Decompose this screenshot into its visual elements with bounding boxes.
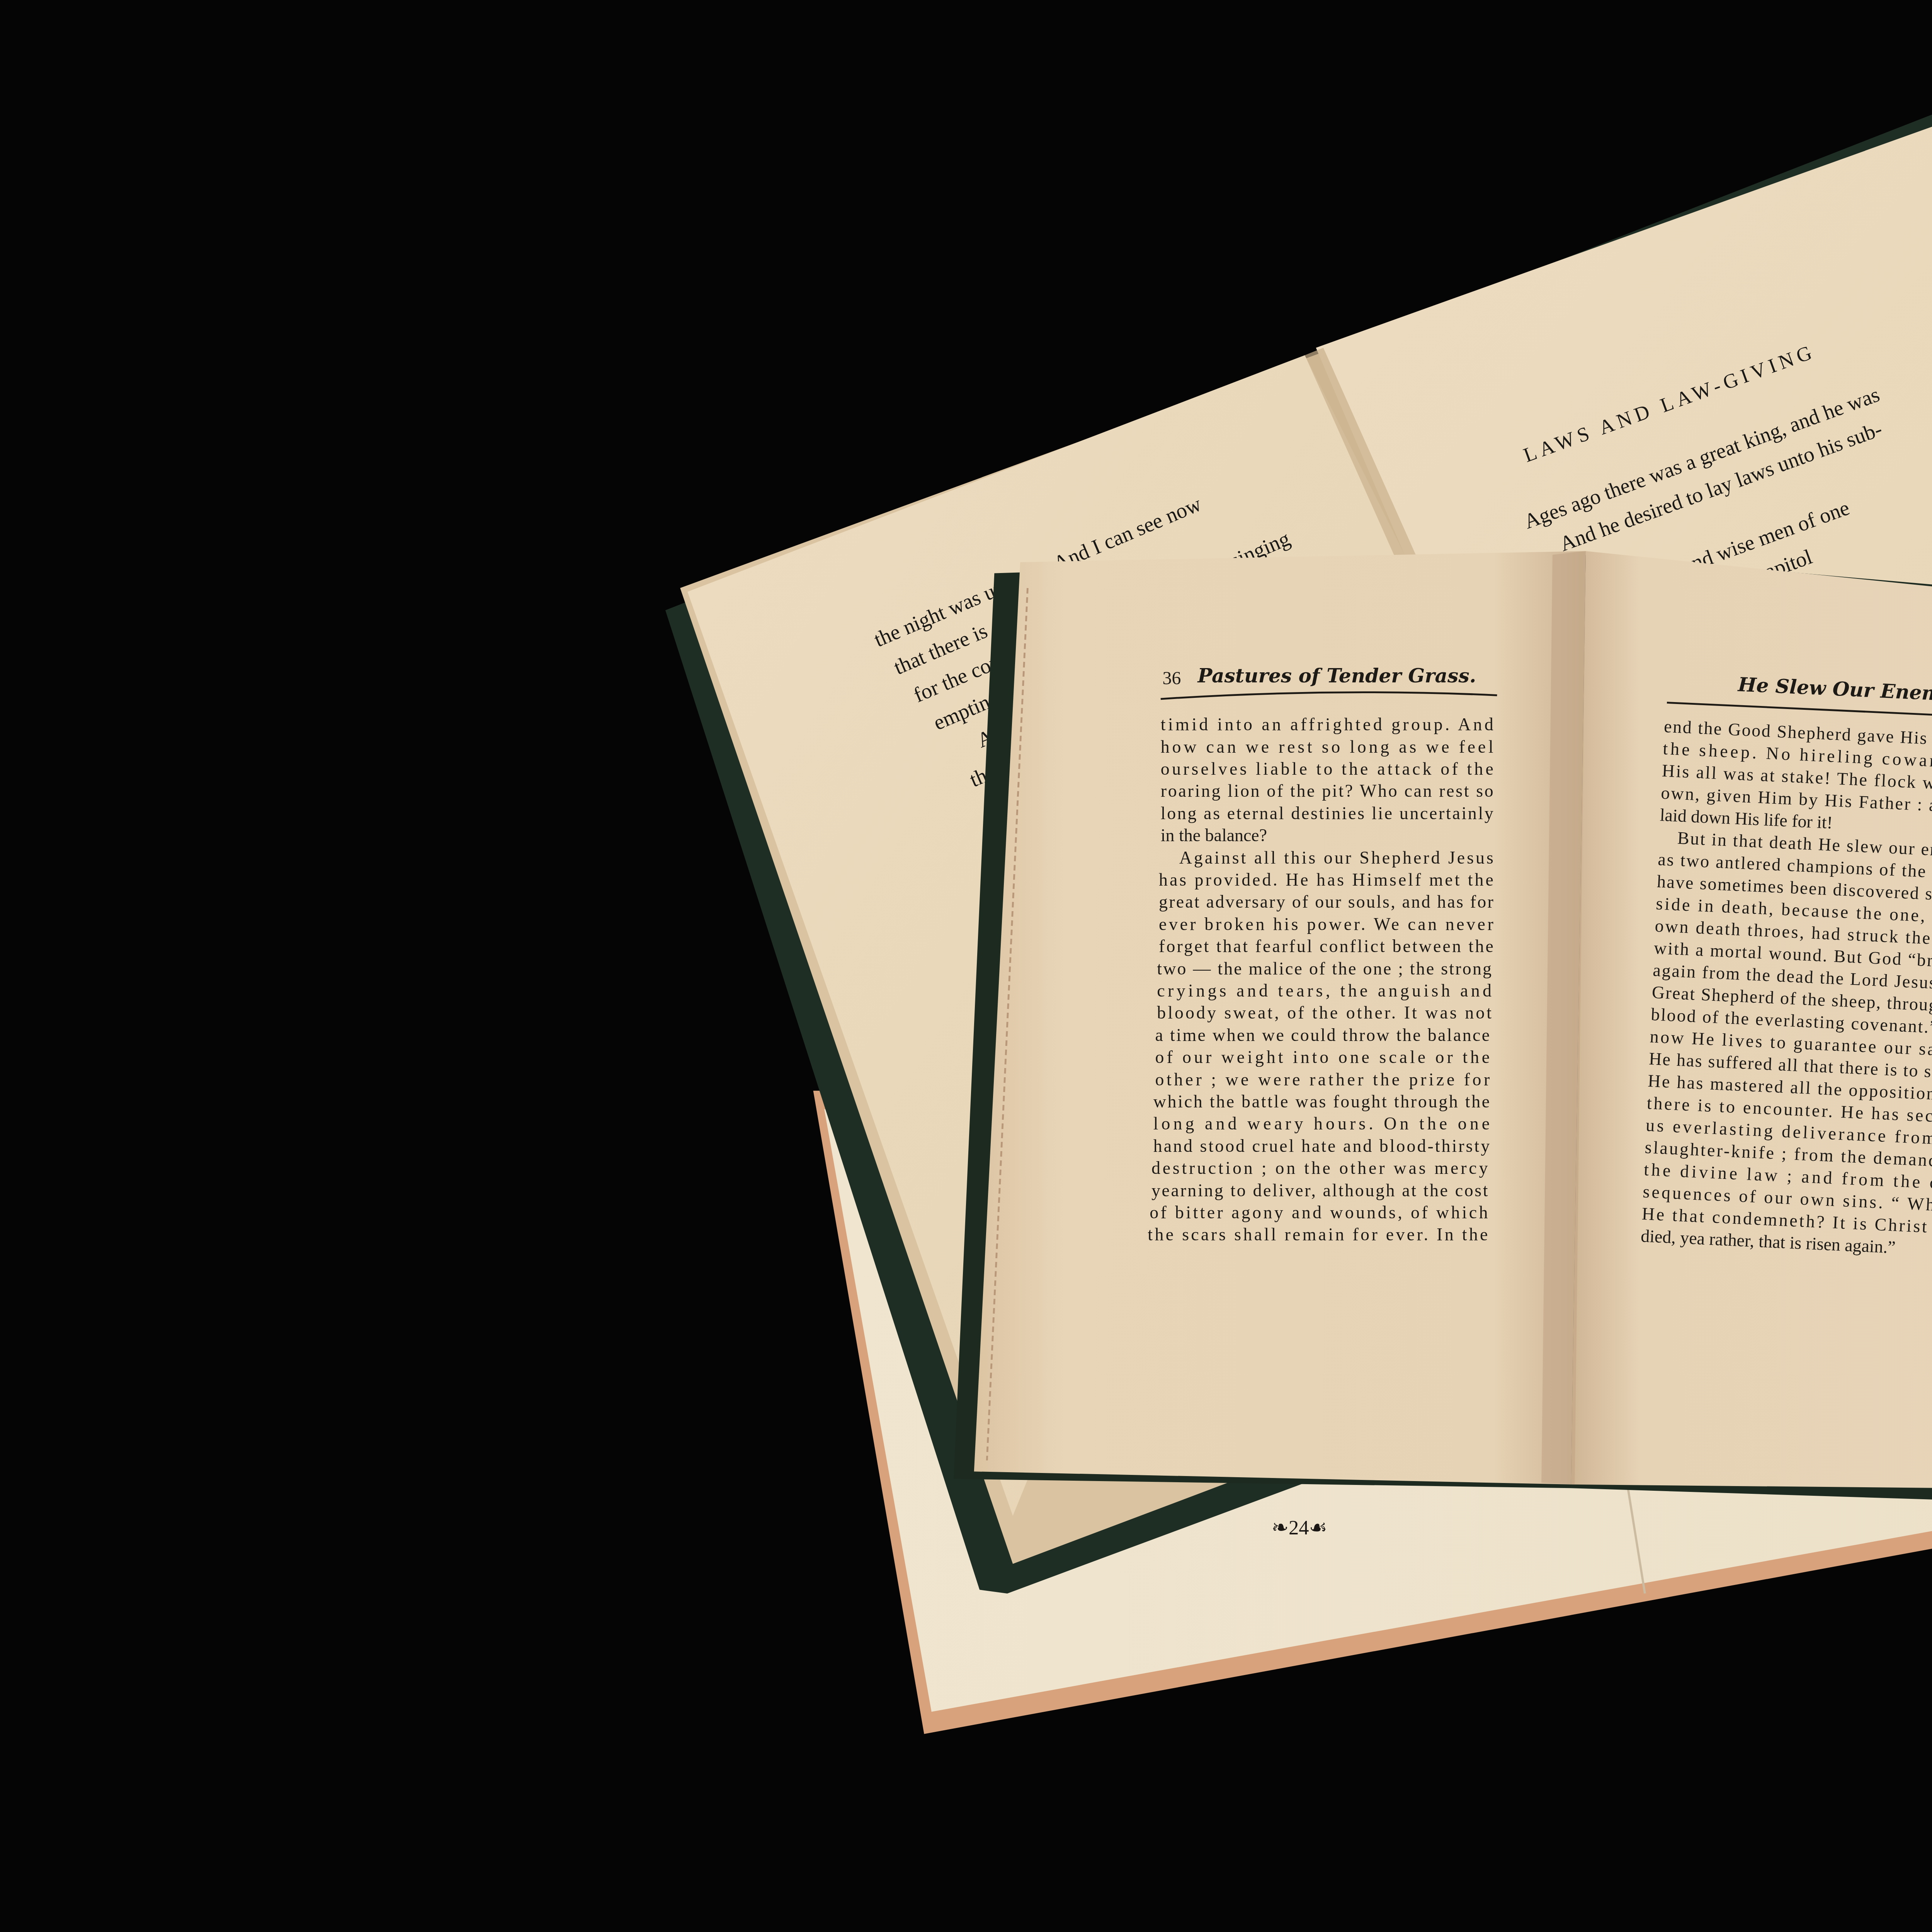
bottom-book-page-number: ❧24☙ <box>1272 1517 1327 1539</box>
svg-text:ever broken his power. We can: ever broken his power. We can never <box>1159 914 1493 934</box>
svg-text:hand stood cruel hate and bloo: hand stood cruel hate and blood-thirsty <box>1153 1136 1490 1156</box>
svg-text:which the battle was fought th: which the battle was fought through the <box>1153 1092 1490 1111</box>
svg-text:a time when we could throw the: a time when we could throw the balance <box>1155 1025 1490 1045</box>
svg-text:bloody sweat, of the other. I: bloody sweat, of the other. It was not <box>1157 1003 1492 1022</box>
svg-text:of our weight into one scale o: of our weight into one scale or the <box>1155 1047 1490 1067</box>
photo-scene: ❧24☙ e g the night was upon us. And I ca… <box>0 0 1932 1932</box>
svg-text:great adversary of our souls,: great adversary of our souls, and has fo… <box>1159 892 1493 912</box>
svg-text:two — the malice of the one ;: two — the malice of the one ; the strong <box>1157 959 1492 978</box>
left-page-number: 36 <box>1163 668 1181 689</box>
left-running-head: Pastures of Tender Grass. <box>1197 664 1476 687</box>
svg-text:ourselves liable to the attack: ourselves liable to the attack of the <box>1161 759 1493 779</box>
svg-text:other ; we were rather the pri: other ; we were rather the prize for <box>1155 1070 1490 1089</box>
svg-text:long as eternal destinies lie: long as eternal destinies lie uncertainl… <box>1161 803 1493 823</box>
svg-text:how can we rest so long as we: how can we rest so long as we feel <box>1161 737 1493 757</box>
books-photo: ❧24☙ e g the night was upon us. And I ca… <box>0 0 1932 1932</box>
svg-text:destruction ; on the other was: destruction ; on the other was mercy <box>1151 1158 1488 1178</box>
svg-text:yearning to deliver, although: yearning to deliver, although at the cos… <box>1151 1180 1488 1200</box>
svg-text:Against all this our Shepherd: Against all this our Shepherd Jesus <box>1179 848 1493 867</box>
svg-text:of bitter agony and wounds, of: of bitter agony and wounds, of which <box>1150 1202 1488 1222</box>
svg-text:in the balance?: in the balance? <box>1161 825 1267 845</box>
front-book: 36 Pastures of Tender Grass. timid into … <box>954 551 1932 1507</box>
front-book-left-page <box>974 551 1586 1484</box>
